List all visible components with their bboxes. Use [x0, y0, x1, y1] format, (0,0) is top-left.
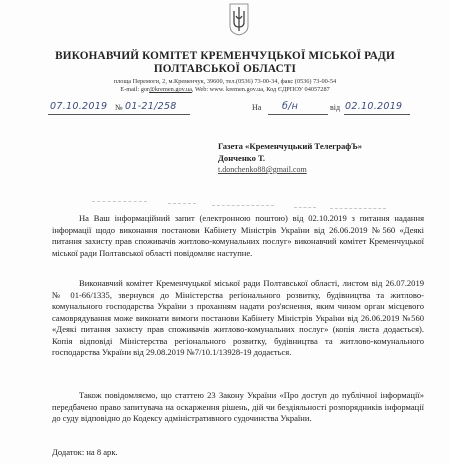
from-label: від — [330, 103, 340, 112]
scan-artifact — [330, 208, 386, 209]
registration-underline — [48, 114, 190, 115]
letter-page: ВИКОНАВЧИЙ КОМІТЕТ КРЕМЕНЧУЦЬКОЇ МІСЬКОЇ… — [0, 0, 450, 464]
recipient-organization: Газета «Кременчуцький ТелеграфЪ» — [218, 141, 362, 151]
body-paragraph-1: На Ваш інформаційний запит (електронною … — [52, 213, 424, 259]
paragraph-text: Виконавчий комітет Кременчуцької міської… — [52, 278, 424, 359]
recipient-email[interactable]: t.donchenko88@gmail.com — [218, 165, 307, 174]
reply-to-label: На — [252, 103, 261, 112]
email-label: E-mail: gor — [120, 86, 149, 93]
org-title-line2: ПОЛТАВСЬКОЇ ОБЛАСТІ — [0, 63, 450, 75]
web-and-code: , Web: www. kremen.gov.ua, Код ЄДРПОУ 04… — [192, 86, 330, 93]
scan-artifact — [294, 207, 316, 208]
reply-to-underline — [268, 114, 328, 115]
scan-artifact — [168, 203, 196, 204]
reply-to-value: б/н — [282, 101, 298, 112]
org-address: площа Перемоги, 2, м.Кременчук, 39600, т… — [0, 78, 450, 85]
body-paragraph-2: Виконавчий комітет Кременчуцької міської… — [52, 278, 424, 359]
reply-date-underline — [344, 114, 410, 115]
email-domain-link[interactable]: @kremen.gov.ua — [149, 86, 192, 93]
recipient-name: Донченко Т. — [218, 153, 265, 163]
outgoing-number: 01-21/258 — [125, 101, 177, 112]
org-contacts: E-mail: gor@kremen.gov.ua, Web: www. kre… — [0, 86, 450, 93]
outgoing-date: 07.10.2019 — [50, 101, 107, 112]
scan-artifact — [212, 205, 274, 206]
number-prefix: № — [115, 103, 123, 112]
scan-artifact — [92, 201, 147, 202]
paragraph-text: Також повідомляємо, що статтею 23 Закону… — [52, 390, 424, 425]
reply-date: 02.10.2019 — [345, 101, 402, 112]
org-title-line1: ВИКОНАВЧИЙ КОМІТЕТ КРЕМЕНЧУЦЬКОЇ МІСЬКОЇ… — [0, 50, 450, 62]
tryzub-icon — [228, 2, 250, 36]
attachment-note: Додаток: на 8 арк. — [52, 447, 118, 457]
paragraph-text: На Ваш інформаційний запит (електронною … — [52, 213, 424, 259]
body-paragraph-3: Також повідомляємо, що статтею 23 Закону… — [52, 390, 424, 425]
